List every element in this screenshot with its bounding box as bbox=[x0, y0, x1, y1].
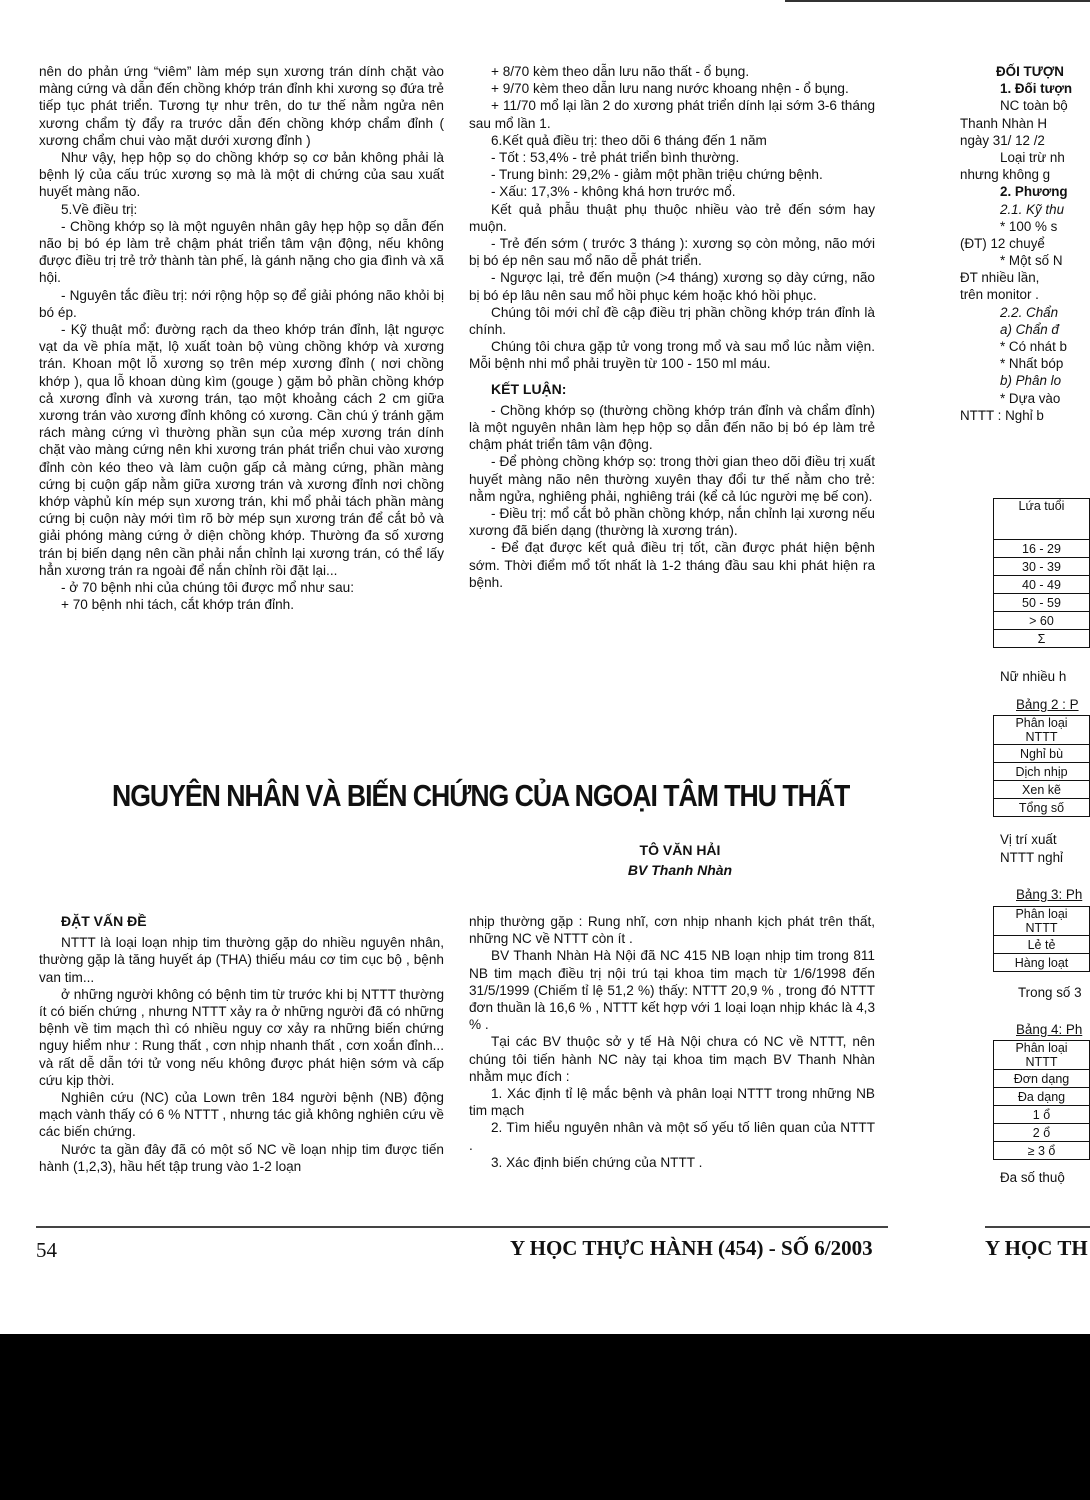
paragraph: - Kỹ thuật mổ: đường rạch da theo khớp t… bbox=[39, 321, 444, 579]
next-footer-rule bbox=[985, 1226, 1090, 1228]
table-header: Phân loạiNTTT bbox=[994, 907, 1090, 936]
paragraph: Tại các BV thuộc sở y tế Hà Nội chưa có … bbox=[469, 1033, 875, 1085]
text-line: 1. Đối tượn bbox=[960, 80, 1090, 97]
paragraph: Như vậy, hẹp hộp sọ do chồng khớp sọ cơ … bbox=[39, 149, 444, 201]
previous-article-body: + 8/70 kèm theo dẫn lưu não thất - ổ bụn… bbox=[469, 63, 875, 373]
paragraph: + 70 bệnh nhi tách, cắt khớp trán đỉnh. bbox=[39, 596, 444, 613]
paragraph: - Trẻ đến sớm ( trước 3 tháng ): xương s… bbox=[469, 235, 875, 269]
next-page-text: ĐỐI TƯỢN1. Đối tượnNC toàn bộThanh Nhàn … bbox=[960, 63, 1090, 424]
table-cell: 1 ổ bbox=[994, 1106, 1090, 1124]
paragraph: 1. Xác định tỉ lệ mắc bệnh và phân loại … bbox=[469, 1085, 875, 1119]
text-line: NC toàn bộ bbox=[960, 97, 1090, 114]
paragraph: Nghiên cứu (NC) của Lown trên 184 người … bbox=[39, 1089, 444, 1141]
paragraph: - Ngược lại, trẻ đến muộn (>4 tháng) xươ… bbox=[469, 269, 875, 303]
text-line: 2.1. Kỹ thu bbox=[960, 201, 1090, 218]
table-cell: Nghỉ bù bbox=[994, 745, 1090, 763]
paragraph: ở những người không có bệnh tim từ trước… bbox=[39, 986, 444, 1089]
table4-note: Đa số thuộ bbox=[1000, 1170, 1065, 1185]
table-2: Phân loạiNTTTNghỉ bùDịch nhịpXen kẽTổng … bbox=[993, 715, 1090, 817]
text-line: ĐT nhiều lần, bbox=[960, 269, 1090, 286]
text-line: ĐỐI TƯỢN bbox=[960, 63, 1090, 80]
paragraph: 5.Về điều trị: bbox=[39, 201, 444, 218]
document-page: nên do phản ứng “viêm” làm mép sụn xương… bbox=[0, 0, 1090, 1334]
paragraph: - Chồng khớp sọ (thường chồng khớp trán … bbox=[469, 402, 875, 454]
text-line: (ĐT) 12 chuyể bbox=[960, 235, 1090, 252]
text-line: nhưng không g bbox=[960, 166, 1090, 183]
table-cell: Xen kẽ bbox=[994, 781, 1090, 799]
table2-note-2: NTTT nghỉ bbox=[1000, 850, 1063, 865]
table3-caption: Bảng 3: Ph bbox=[1016, 887, 1082, 902]
table-header: Phân loạiNTTT bbox=[994, 716, 1090, 745]
table-cell: Dịch nhịp bbox=[994, 763, 1090, 781]
paragraph: NTTT là loại loạn nhịp tim thường gặp do… bbox=[39, 934, 444, 986]
paragraph: nên do phản ứng “viêm” làm mép sụn xương… bbox=[39, 63, 444, 149]
paragraph: 3. Xác định biến chứng của NTTT . bbox=[469, 1154, 875, 1171]
paragraph: - Để phòng chồng khớp sọ: trong thời gia… bbox=[469, 453, 875, 505]
table-cell: Lẻ tẻ bbox=[994, 936, 1090, 954]
text-line: Thanh Nhàn H bbox=[960, 115, 1090, 132]
text-line: * Dựa vào bbox=[960, 390, 1090, 407]
article-body-1: NTTT là loại loạn nhịp tim thường gặp do… bbox=[39, 934, 444, 1175]
text-line: a) Chẩn đ bbox=[960, 321, 1090, 338]
paragraph: - ở 70 bệnh nhi của chúng tôi được mổ nh… bbox=[39, 579, 444, 596]
table-cell: Đa dạng bbox=[994, 1088, 1090, 1106]
table-cell: > 60 bbox=[994, 612, 1090, 630]
table-cell: 50 - 59 bbox=[994, 594, 1090, 612]
conclusion-body: - Chồng khớp sọ (thường chồng khớp trán … bbox=[469, 402, 875, 591]
table-3: Phân loạiNTTTLẻ tẻHàng loạt bbox=[993, 906, 1090, 972]
table-cell: ≥ 3 ổ bbox=[994, 1142, 1090, 1160]
text-line: NTTT : Nghỉ b bbox=[960, 407, 1090, 424]
journal-footer: Y HỌC THỰC HÀNH (454) - SỐ 6/2003 bbox=[510, 1236, 873, 1261]
table-header: Phân loạiNTTT bbox=[994, 1041, 1090, 1070]
paragraph: nhịp thường gặp : Rung nhĩ, cơn nhịp nha… bbox=[469, 913, 875, 947]
paragraph: - Để đạt được kết quả điều trị tốt, cần … bbox=[469, 539, 875, 591]
previous-article-column-2: + 8/70 kèm theo dẫn lưu não thất - ổ bụn… bbox=[469, 63, 875, 591]
text-line: * 100 % s bbox=[960, 218, 1090, 235]
table2-note-1: Vị trí xuất bbox=[1000, 832, 1057, 847]
table3-note: Trong số 3 bbox=[1018, 985, 1082, 1000]
text-line: Loại trừ nh bbox=[960, 149, 1090, 166]
table-cell: 40 - 49 bbox=[994, 576, 1090, 594]
paragraph: - Xấu: 17,3% - không khá hơn trước mổ. bbox=[469, 183, 875, 200]
footer-rule bbox=[36, 1226, 888, 1228]
article-title: NGUYÊN NHÂN VÀ BIẾN CHỨNG CỦA NGOẠI TÂM … bbox=[112, 778, 800, 814]
paragraph: - Chồng khớp sọ là một nguyên nhân gây h… bbox=[39, 218, 444, 287]
author-affiliation: BV Thanh Nhàn bbox=[600, 862, 760, 878]
table-cell: 16 - 29 bbox=[994, 540, 1090, 558]
table1-note: Nữ nhiều h bbox=[1000, 669, 1066, 684]
table-4: Phân loạiNTTTĐơn dạngĐa dạng1 ổ2 ổ≥ 3 ổ bbox=[993, 1040, 1090, 1160]
article-column-2: nhịp thường gặp : Rung nhĩ, cơn nhịp nha… bbox=[469, 913, 875, 1171]
text-line: trên monitor . bbox=[960, 286, 1090, 303]
age-table: Lứa tuổi16 - 2930 - 3940 - 4950 - 59> 60… bbox=[993, 498, 1090, 648]
next-journal-footer: Y HỌC TH bbox=[985, 1236, 1088, 1261]
text-line: 2.2. Chẩn bbox=[960, 304, 1090, 321]
paragraph: BV Thanh Nhàn Hà Nội đã NC 415 NB loạn n… bbox=[469, 947, 875, 1033]
paragraph: - Nguyên tắc điều trị: nới rộng hộp sọ đ… bbox=[39, 287, 444, 321]
table2-caption: Bảng 2 : P bbox=[1016, 697, 1079, 712]
table-header: Lứa tuổi bbox=[994, 499, 1090, 540]
paragraph: 6.Kết quả điều trị: theo dõi 6 tháng đến… bbox=[469, 132, 875, 149]
text-line: b) Phân lo bbox=[960, 372, 1090, 389]
paragraph: Chúng tôi mới chỉ đề cập điều trị phần c… bbox=[469, 304, 875, 338]
table-cell: Hàng loạt bbox=[994, 954, 1090, 972]
text-line: * Một số N bbox=[960, 252, 1090, 269]
paragraph: + 11/70 mổ lại lần 2 do xương phát triển… bbox=[469, 97, 875, 131]
text-line: * Nhất bóp bbox=[960, 355, 1090, 372]
section-heading: ĐẶT VẤN ĐỀ bbox=[61, 913, 444, 930]
table-cell: 30 - 39 bbox=[994, 558, 1090, 576]
text-line: ngày 31/ 12 /2 bbox=[960, 132, 1090, 149]
table-cell: Đơn dạng bbox=[994, 1070, 1090, 1088]
paragraph: Kết quả phẫu thuật phụ thuộc nhiều vào t… bbox=[469, 201, 875, 235]
paragraph: - Điều trị: mổ cắt bỏ phần chồng khớp, n… bbox=[469, 505, 875, 539]
previous-article-column-1: nên do phản ứng “viêm” làm mép sụn xương… bbox=[39, 63, 444, 614]
paragraph: - Tốt : 53,4% - trẻ phát triển bình thườ… bbox=[469, 149, 875, 166]
paragraph: 2. Tìm hiểu nguyên nhân và một số yếu tố… bbox=[469, 1119, 875, 1153]
article-column-1: ĐẶT VẤN ĐỀ NTTT là loại loạn nhịp tim th… bbox=[39, 913, 444, 1175]
paragraph: - Trung bình: 29,2% - giảm một phần triệ… bbox=[469, 166, 875, 183]
paragraph: Nước ta gần đây đã có một số NC về loạn … bbox=[39, 1141, 444, 1175]
paragraph: + 9/70 kèm theo dẫn lưu nang nước khoang… bbox=[469, 80, 875, 97]
author-name: TÔ VĂN HẢI bbox=[600, 842, 760, 858]
conclusion-heading: KẾT LUẬN: bbox=[491, 381, 875, 398]
text-line: * Có nhát b bbox=[960, 338, 1090, 355]
paragraph: Chúng tôi chưa gặp tử vong trong mổ và s… bbox=[469, 338, 875, 372]
table-cell: 2 ổ bbox=[994, 1124, 1090, 1142]
top-rule bbox=[785, 0, 1090, 2]
page-number: 54 bbox=[36, 1238, 57, 1263]
author-block: TÔ VĂN HẢI BV Thanh Nhàn bbox=[600, 842, 760, 878]
table-cell: Tổng số bbox=[994, 799, 1090, 817]
text-line: 2. Phương bbox=[960, 183, 1090, 200]
table4-caption: Bảng 4: Ph bbox=[1016, 1022, 1082, 1037]
paragraph: + 8/70 kèm theo dẫn lưu não thất - ổ bụn… bbox=[469, 63, 875, 80]
table-cell: Σ bbox=[994, 630, 1090, 648]
